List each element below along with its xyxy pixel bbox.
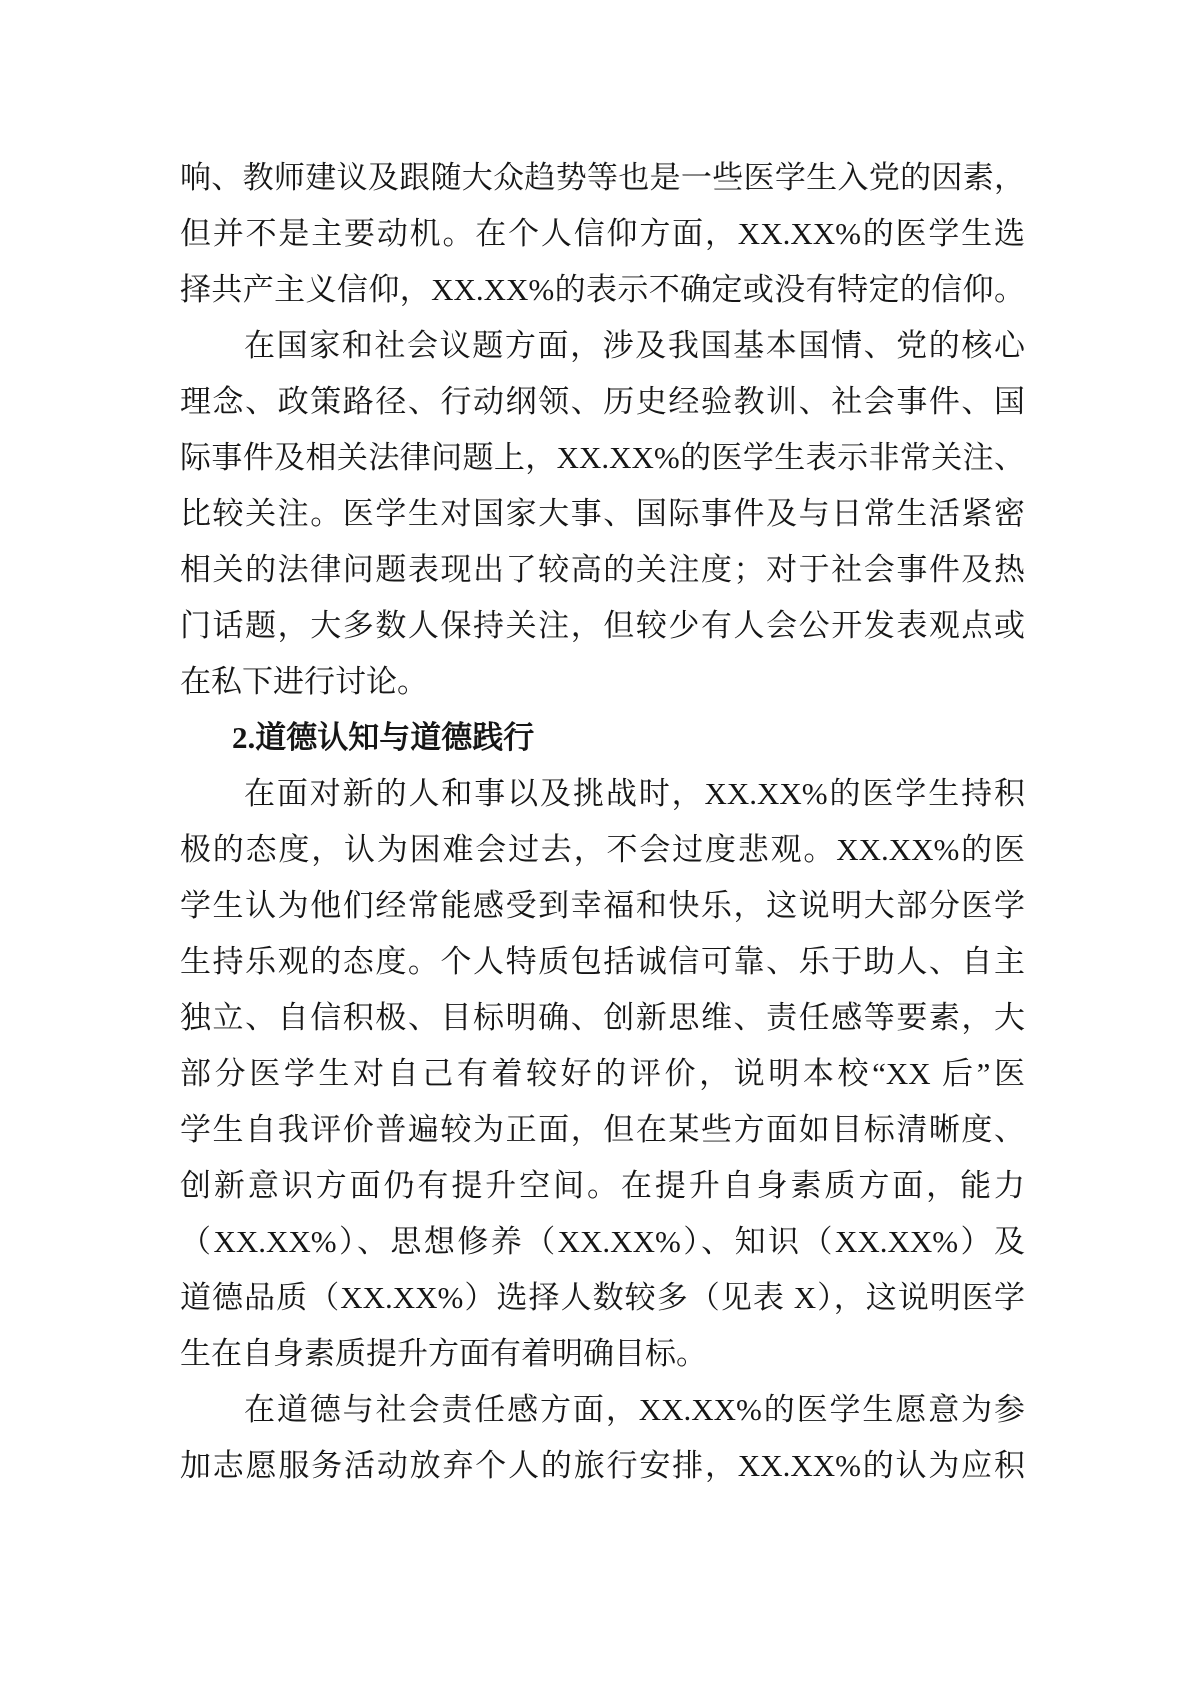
document-page: 响、教师建议及跟随大众趋势等也是一些医学生入党的因素， 但并不是主要动机。在个人… bbox=[0, 0, 1190, 1683]
text-line: 部分医学生对自己有着较好的评价，说明本校“XX 后”医 bbox=[180, 1046, 1025, 1102]
text-line: 道德品质（XX.XX%）选择人数较多（见表 X），这说明医学 bbox=[180, 1270, 1025, 1326]
text-line: 学生认为他们经常能感受到幸福和快乐，这说明大部分医学 bbox=[180, 878, 1025, 934]
text-line: 加志愿服务活动放弃个人的旅行安排，XX.XX%的认为应积 bbox=[180, 1438, 1025, 1494]
text-line: 际事件及相关法律问题上，XX.XX%的医学生表示非常关注、 bbox=[180, 430, 1025, 486]
document-text-block: 响、教师建议及跟随大众趋势等也是一些医学生入党的因素， 但并不是主要动机。在个人… bbox=[180, 150, 1025, 1494]
text-line: 极的态度，认为困难会过去，不会过度悲观。XX.XX%的医 bbox=[180, 822, 1025, 878]
text-line: 在面对新的人和事以及挑战时，XX.XX%的医学生持积 bbox=[180, 766, 1025, 822]
text-line: 生在自身素质提升方面有着明确目标。 bbox=[180, 1326, 1025, 1382]
text-line: 门话题，大多数人保持关注，但较少有人会公开发表观点或 bbox=[180, 598, 1025, 654]
text-line: 但并不是主要动机。在个人信仰方面，XX.XX%的医学生选 bbox=[180, 206, 1025, 262]
text-line: 在私下进行讨论。 bbox=[180, 654, 1025, 710]
text-line: （XX.XX%）、思想修养（XX.XX%）、知识（XX.XX%）及 bbox=[180, 1214, 1025, 1270]
text-line: 独立、自信积极、目标明确、创新思维、责任感等要素，大 bbox=[180, 990, 1025, 1046]
section-heading: 2.道德认知与道德践行 bbox=[180, 710, 1025, 766]
text-line: 在国家和社会议题方面，涉及我国基本国情、党的核心 bbox=[180, 318, 1025, 374]
text-line: 在道德与社会责任感方面，XX.XX%的医学生愿意为参 bbox=[180, 1382, 1025, 1438]
text-line: 响、教师建议及跟随大众趋势等也是一些医学生入党的因素， bbox=[180, 150, 1025, 206]
text-line: 理念、政策路径、行动纲领、历史经验教训、社会事件、国 bbox=[180, 374, 1025, 430]
text-line: 生持乐观的态度。个人特质包括诚信可靠、乐于助人、自主 bbox=[180, 934, 1025, 990]
text-line: 相关的法律问题表现出了较高的关注度；对于社会事件及热 bbox=[180, 542, 1025, 598]
text-line: 择共产主义信仰，XX.XX%的表示不确定或没有特定的信仰。 bbox=[180, 262, 1025, 318]
text-line: 比较关注。医学生对国家大事、国际事件及与日常生活紧密 bbox=[180, 486, 1025, 542]
text-line: 学生自我评价普遍较为正面，但在某些方面如目标清晰度、 bbox=[180, 1102, 1025, 1158]
text-line: 创新意识方面仍有提升空间。在提升自身素质方面，能力 bbox=[180, 1158, 1025, 1214]
